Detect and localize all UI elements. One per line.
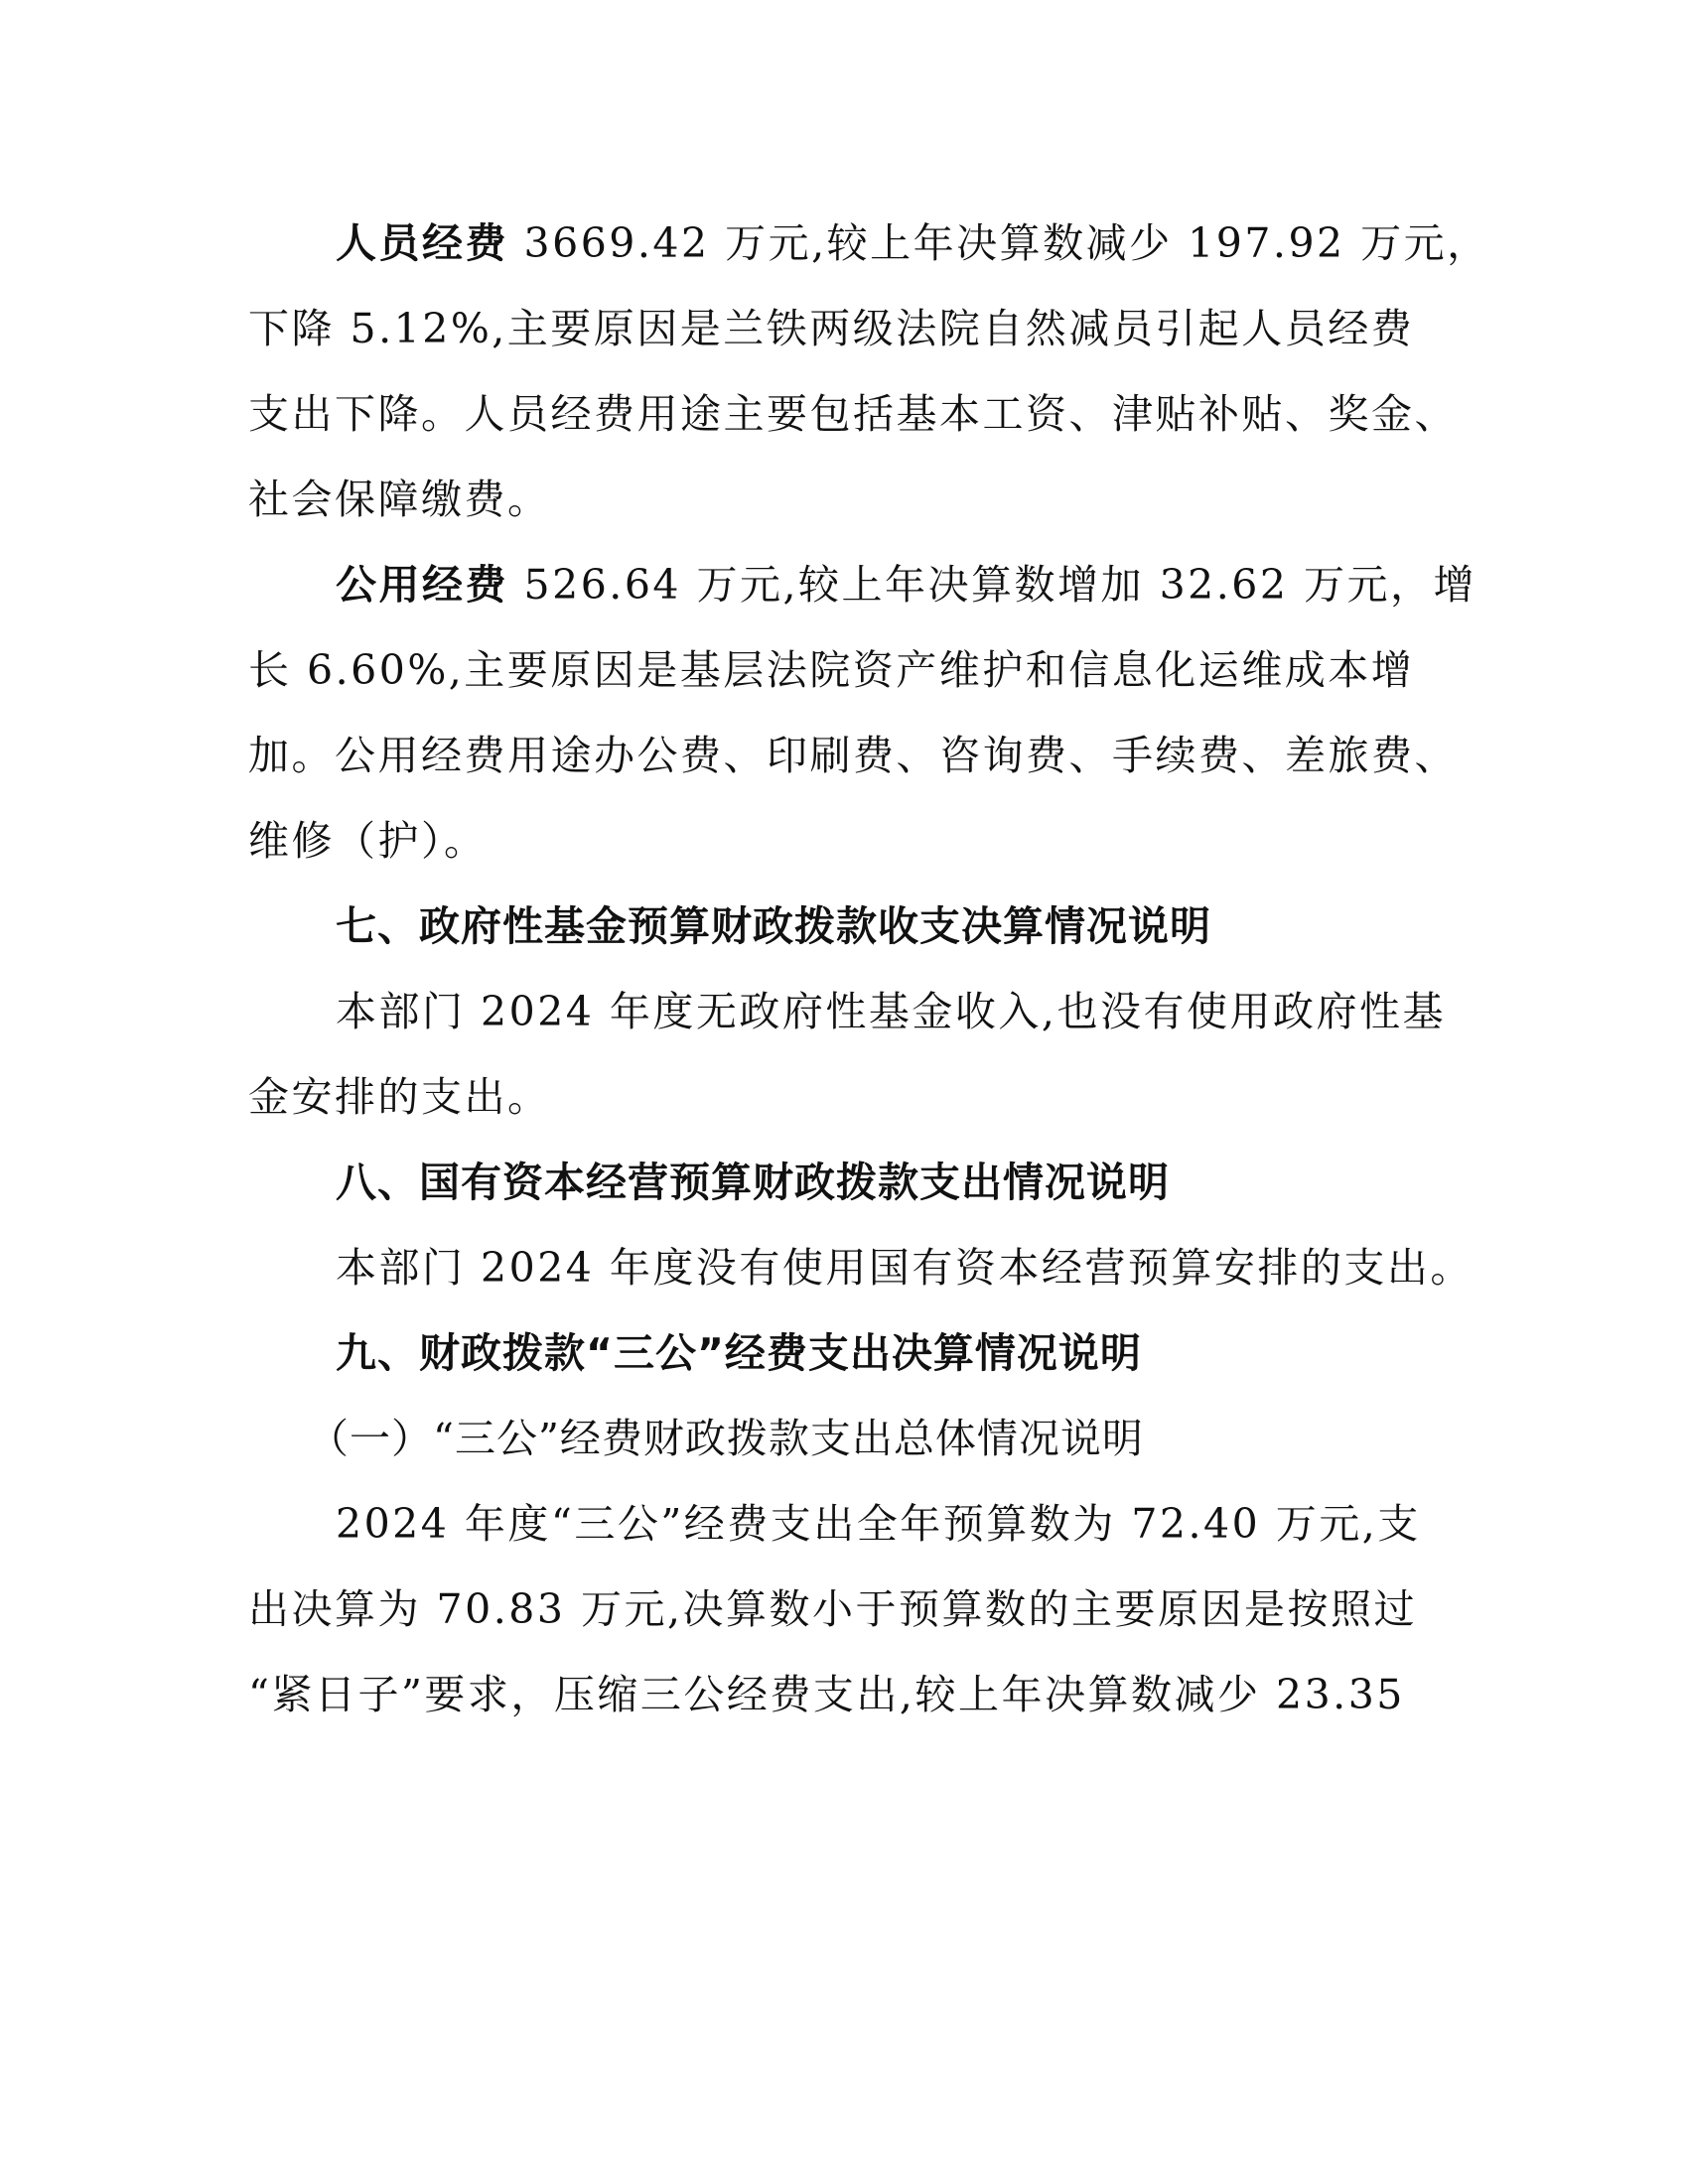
section-9-line-3: “紧日子”要求，压缩三公经费支出,较上年决算数减少 23.35 xyxy=(248,1670,1440,1719)
document-page: 人员经费 3669.42 万元,较上年决算数减少 197.92 万元， 下降 5… xyxy=(0,0,1688,2184)
section-7-line-1: 本部门 2024 年度无政府性基金收入,也没有使用政府性基 xyxy=(336,987,1527,1036)
personnel-expense-label: 人员经费 xyxy=(336,219,508,267)
section-7-heading: 七、政府性基金预算财政拨款收支决算情况说明 xyxy=(336,901,1527,951)
personnel-expense-line-3: 支出下降。人员经费用途主要包括基本工资、津贴补贴、奖金、 xyxy=(248,389,1440,439)
personnel-expense-line-1: 人员经费 3669.42 万元,较上年决算数减少 197.92 万元， xyxy=(336,218,1527,268)
public-expense-line-2: 长 6.60%,主要原因是基层法院资产维护和信息化运维成本增 xyxy=(248,645,1440,695)
personnel-expense-line-2: 下降 5.12%,主要原因是兰铁两级法院自然减员引起人员经费 xyxy=(248,304,1440,353)
public-expense-label: 公用经费 xyxy=(336,561,508,609)
section-9-line-1: 2024 年度“三公”经费支出全年预算数为 72.40 万元,支 xyxy=(336,1499,1527,1549)
personnel-expense-text: 3669.42 万元,较上年决算数减少 197.92 万元， xyxy=(508,219,1490,267)
section-9-line-2: 出决算为 70.83 万元,决算数小于预算数的主要原因是按照过 xyxy=(248,1584,1440,1634)
public-expense-line-4: 维修（护）。 xyxy=(248,816,1440,866)
personnel-expense-line-4: 社会保障缴费。 xyxy=(248,475,1440,524)
public-expense-text: 526.64 万元,较上年决算数增加 32.62 万元，增 xyxy=(508,561,1477,609)
public-expense-line-1: 公用经费 526.64 万元,较上年决算数增加 32.62 万元，增 xyxy=(336,560,1527,610)
section-8-heading: 八、国有资本经营预算财政拨款支出情况说明 xyxy=(336,1158,1527,1207)
section-8-line-1: 本部门 2024 年度没有使用国有资本经营预算安排的支出。 xyxy=(336,1243,1527,1293)
section-7-line-2: 金安排的支出。 xyxy=(248,1072,1440,1122)
section-9-subheading: （一）“三公”经费财政拨款支出总体情况说明 xyxy=(308,1414,1499,1463)
section-9-heading: 九、财政拨款“三公”经费支出决算情况说明 xyxy=(336,1328,1527,1378)
public-expense-line-3: 加。公用经费用途办公费、印刷费、咨询费、手续费、差旅费、 xyxy=(248,731,1440,780)
